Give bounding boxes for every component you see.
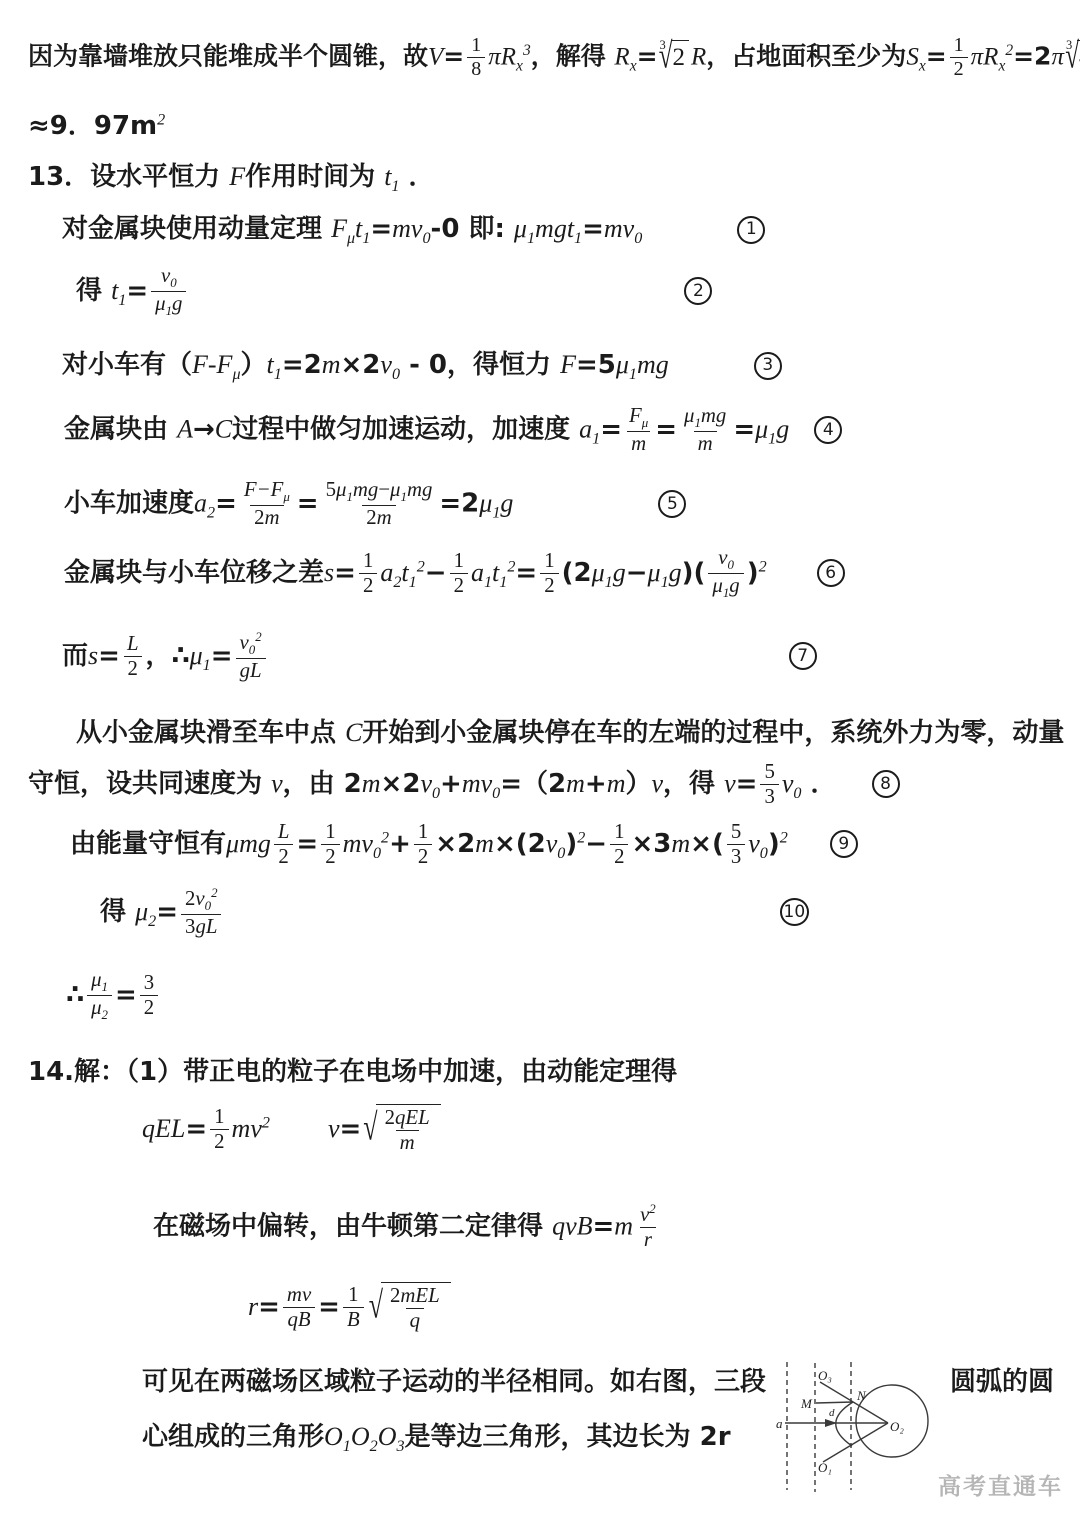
math-variable: μ bbox=[684, 404, 694, 427]
fraction-denominator: 2 bbox=[124, 656, 142, 681]
math-variable: gL bbox=[240, 659, 262, 682]
math-variable: a bbox=[579, 414, 592, 443]
solution-document-page: 因为靠墙堆放只能堆成半个圆锥，故V=18πRx3，解得 Rx=3√2R，占地面积… bbox=[0, 0, 1080, 1527]
equation-line-7: 而s=L2，∴μ1=v02gL7 bbox=[62, 630, 817, 683]
math-variable: μ bbox=[155, 292, 165, 315]
fraction-numerator: L bbox=[123, 632, 143, 656]
equation-number-badge: 7 bbox=[789, 642, 817, 670]
math-variable: t bbox=[267, 350, 274, 379]
math-variable: q bbox=[410, 1309, 420, 1332]
fraction-denominator: 3gL bbox=[181, 914, 221, 939]
radius-conclusion-line: 可见在两磁场区域粒子运动的半径相同。如右图，三段 bbox=[142, 1366, 766, 1400]
math-variable: R bbox=[691, 44, 706, 71]
math-radical: 3√2 bbox=[660, 40, 689, 75]
math-variable: v bbox=[240, 631, 249, 654]
fraction-denominator: m bbox=[627, 431, 650, 456]
math-fraction: 32 bbox=[140, 971, 158, 1020]
math-variable: L bbox=[127, 632, 139, 655]
fraction-denominator: m bbox=[694, 431, 717, 456]
problem14-intro-line: 14.解：（1）带正电的粒子在电场中加速，由动能定理得 bbox=[28, 1056, 677, 1090]
math-subscript: μ bbox=[347, 230, 355, 247]
math-subscript: 1 bbox=[661, 574, 669, 591]
math-variable: gL bbox=[195, 915, 217, 938]
radical-content: 2qELm bbox=[376, 1104, 441, 1155]
math-subscript: 0 bbox=[249, 643, 255, 657]
math-variable: m bbox=[377, 506, 392, 529]
math-fraction: 12 bbox=[359, 549, 377, 598]
math-fraction: v2r bbox=[636, 1202, 660, 1252]
math-variable: v bbox=[380, 350, 392, 379]
math-variable: v bbox=[652, 769, 664, 798]
math-variable: mg bbox=[637, 350, 669, 379]
math-subscript: 1 bbox=[409, 574, 417, 591]
math-superscript: 2 bbox=[157, 111, 165, 128]
figure-label-o3: O₃ bbox=[818, 1368, 832, 1383]
equation-number-badge: 5 bbox=[658, 490, 686, 518]
math-subscript: 0 bbox=[392, 366, 400, 383]
math-superscript: 2 bbox=[780, 829, 788, 846]
math-subscript: 0 bbox=[760, 845, 768, 862]
math-variable: qEL bbox=[142, 1114, 185, 1143]
math-variable: mv bbox=[287, 1283, 311, 1306]
math-subscript: 2 bbox=[370, 1438, 378, 1455]
math-subscript: 1 bbox=[203, 657, 211, 674]
math-variable: π bbox=[1051, 44, 1064, 71]
math-superscript: 2 bbox=[577, 829, 585, 846]
math-variable: B bbox=[347, 1308, 360, 1331]
math-fraction: μ1μ2 bbox=[87, 968, 112, 1023]
math-subscript: 2 bbox=[148, 913, 156, 930]
math-superscript: 2 bbox=[1005, 42, 1013, 59]
fraction-numerator: mv bbox=[283, 1283, 315, 1307]
math-variable: μ bbox=[91, 996, 101, 1019]
math-variable: v bbox=[724, 769, 736, 798]
math-variable: mv bbox=[462, 769, 492, 798]
equation-number-badge: 10 bbox=[780, 898, 810, 926]
math-variable: m bbox=[671, 829, 690, 858]
fraction-denominator: μ1g bbox=[151, 291, 186, 319]
fraction-numerator: 5 bbox=[760, 760, 778, 784]
math-variable: g bbox=[776, 414, 789, 443]
math-variable: A bbox=[177, 414, 193, 443]
math-fraction: v0μ1g bbox=[151, 264, 186, 319]
math-variable: v bbox=[328, 1114, 340, 1143]
math-radical: √2qELm bbox=[363, 1104, 440, 1155]
math-variable: v bbox=[640, 1203, 649, 1226]
fraction-numerator: 1 bbox=[450, 549, 468, 573]
equation-number-badge: 1 bbox=[737, 216, 765, 244]
math-subscript: 0 bbox=[793, 785, 801, 802]
math-variable: mg bbox=[701, 404, 726, 427]
math-fraction: L2 bbox=[274, 820, 294, 869]
math-fraction: 53 bbox=[727, 820, 745, 869]
fraction-numerator: v0 bbox=[714, 546, 738, 573]
math-variable: m bbox=[265, 506, 280, 529]
math-subscript: 3 bbox=[396, 1438, 404, 1455]
math-variable: μ bbox=[755, 414, 768, 443]
magnetic-field-trajectory-figure: O₃ M N d a O₂ O₁ bbox=[775, 1350, 945, 1510]
math-variable: a bbox=[194, 488, 207, 517]
math-subscript: 0 bbox=[557, 845, 565, 862]
math-variable: O bbox=[324, 1422, 343, 1451]
math-superscript: 2 bbox=[262, 1114, 270, 1131]
math-fraction: 12 bbox=[450, 549, 468, 598]
math-subscript: 0 bbox=[432, 785, 440, 802]
fraction-numerator: Fμ bbox=[625, 404, 652, 431]
fraction-denominator: 2 bbox=[140, 995, 158, 1020]
equation-number-badge: 4 bbox=[814, 416, 842, 444]
fraction-denominator: 2 bbox=[610, 844, 628, 869]
figure-label-o2: O₂ bbox=[890, 1419, 904, 1434]
math-variable: V bbox=[428, 44, 443, 71]
fraction-numerator: F−Fμ bbox=[240, 478, 294, 505]
math-fraction: 12 bbox=[210, 1105, 228, 1154]
math-superscript: 2 bbox=[649, 1202, 655, 1216]
equation-number-badge: 6 bbox=[817, 559, 845, 587]
math-variable: qEL bbox=[395, 1106, 430, 1129]
fraction-denominator: 2 bbox=[359, 573, 377, 598]
equation-line-9: 由能量守恒有μmgL2=12mv02+12×2m×(2v0)2−12×3m×(5… bbox=[70, 820, 858, 869]
figure-label-o1: O₁ bbox=[818, 1460, 832, 1475]
math-variable: F bbox=[629, 404, 642, 427]
fraction-numerator: v2 bbox=[636, 1202, 660, 1227]
math-variable: μ bbox=[336, 478, 346, 501]
math-variable: qB bbox=[287, 1308, 310, 1331]
math-fraction: 2qELm bbox=[381, 1106, 434, 1155]
math-superscript: 2 bbox=[381, 829, 389, 846]
fraction-denominator: μ1g bbox=[708, 573, 743, 601]
math-variable: F-F bbox=[192, 350, 232, 379]
math-subscript: μ bbox=[283, 490, 289, 504]
fraction-numerator: 5μ1mg−μ1mg bbox=[322, 478, 437, 505]
math-superscript: 2 bbox=[417, 558, 425, 575]
math-variable: μ bbox=[592, 558, 605, 587]
math-subscript: x bbox=[516, 58, 523, 75]
velocity-formula: v=√2qELm bbox=[328, 1114, 443, 1144]
fraction-denominator: 2 bbox=[210, 1129, 228, 1154]
equation-number-badge: 2 bbox=[684, 277, 712, 305]
math-variable: m bbox=[400, 1131, 415, 1154]
math-fraction: 53 bbox=[760, 760, 778, 809]
equation-line-2: 得 t1=v0μ1g2 bbox=[76, 264, 712, 319]
radical-content: 2mELq bbox=[381, 1282, 451, 1333]
fraction-numerator: L bbox=[274, 820, 294, 844]
mu-ratio-line: ∴μ1μ2=32 bbox=[66, 968, 161, 1023]
math-variable: μ bbox=[390, 478, 400, 501]
math-subscript: x bbox=[998, 58, 1005, 75]
equation-number-badge: 8 bbox=[872, 770, 900, 798]
math-subscript: 2 bbox=[102, 1008, 108, 1022]
math-fraction: 1B bbox=[343, 1283, 364, 1332]
math-variable: m bbox=[607, 769, 626, 798]
fraction-denominator: 3 bbox=[727, 844, 745, 869]
fraction-numerator: 1 bbox=[950, 34, 968, 57]
math-fraction: Fμm bbox=[625, 404, 652, 456]
watermark: 高考直通车 bbox=[938, 1468, 1063, 1501]
math-fraction: v02gL bbox=[236, 630, 266, 683]
math-variable: v bbox=[420, 769, 432, 798]
math-subscript: 0 bbox=[492, 785, 500, 802]
math-subscript: x bbox=[630, 58, 637, 75]
fraction-denominator: 2 bbox=[321, 844, 339, 869]
math-fraction: mvqB bbox=[283, 1283, 315, 1332]
math-variable: πR bbox=[488, 44, 516, 71]
math-variable: μ bbox=[91, 968, 101, 991]
math-variable: m bbox=[322, 350, 341, 379]
math-variable: s bbox=[324, 558, 334, 587]
math-variable: m bbox=[614, 1211, 633, 1240]
math-variable: μ bbox=[479, 488, 492, 517]
fraction-denominator: B bbox=[343, 1307, 364, 1332]
math-variable: m bbox=[362, 769, 381, 798]
math-variable: O bbox=[351, 1422, 370, 1451]
math-fraction: 2v023gL bbox=[181, 886, 222, 939]
problem13-intro-line: 13．设水平恒力 F作用时间为 t1 ． bbox=[28, 160, 435, 198]
fraction-denominator: gL bbox=[236, 658, 266, 683]
radical-content: 2 bbox=[671, 40, 690, 75]
fraction-denominator: m bbox=[396, 1130, 419, 1155]
math-fraction: 2mELq bbox=[386, 1284, 444, 1333]
math-variable: v bbox=[161, 264, 170, 287]
math-variable: v bbox=[748, 829, 760, 858]
math-fraction: 12 bbox=[950, 34, 968, 81]
math-variable: g bbox=[172, 292, 182, 315]
fraction-denominator: 8 bbox=[467, 57, 485, 81]
triangle-conclusion-line: 心组成的三角形O1O2O3是等边三角形，其边长为 2r bbox=[142, 1420, 731, 1458]
math-variable: a bbox=[380, 558, 393, 587]
math-variable: μ bbox=[190, 641, 203, 670]
math-variable: L bbox=[278, 820, 290, 843]
fraction-numerator: 1 bbox=[359, 549, 377, 573]
math-variable: g bbox=[500, 488, 513, 517]
equation-line-3: 对小车有（F-Fμ）t1=2m×2v0 - 0，得恒力 F=5μ1mg3 bbox=[62, 348, 782, 386]
math-subscript: 1 bbox=[629, 366, 637, 383]
equation-line-4: 金属块由 A→C过程中做匀加速运动，加速度 a1=Fμm=μ1mgm=μ1g4 bbox=[64, 404, 842, 456]
math-variable: F bbox=[560, 350, 576, 379]
math-variable: qvB bbox=[552, 1211, 592, 1240]
math-variable: mv bbox=[392, 214, 422, 243]
math-variable: r bbox=[248, 1292, 258, 1321]
math-variable: t bbox=[401, 558, 408, 587]
math-variable: F bbox=[331, 214, 347, 243]
fraction-numerator: μ1mg bbox=[680, 404, 730, 431]
math-subscript: x bbox=[919, 58, 926, 75]
radius-formula-line: r=mvqB=1B√2mELq bbox=[248, 1282, 453, 1333]
math-variable: μ bbox=[514, 214, 527, 243]
math-variable: μ bbox=[616, 350, 629, 379]
cone-area-line: 因为靠墙堆放只能堆成半个圆锥，故V=18πRx3，解得 Rx=3√2R，占地面积… bbox=[28, 34, 1080, 81]
math-superscript: 2 bbox=[211, 886, 217, 900]
fraction-numerator: 2v02 bbox=[181, 886, 222, 914]
math-fraction: F−Fμ2m bbox=[240, 478, 294, 530]
fraction-numerator: 2qEL bbox=[381, 1106, 434, 1130]
math-variable: s bbox=[88, 641, 98, 670]
math-variable: mv bbox=[232, 1114, 262, 1143]
math-subscript: 1 bbox=[102, 980, 108, 994]
math-subscript: 1 bbox=[118, 292, 126, 309]
math-subscript: 0 bbox=[634, 230, 642, 247]
fraction-denominator: μ2 bbox=[87, 995, 112, 1023]
equation-line-5: 小车加速度a2=F−Fμ2m=5μ1mg−μ1mg2m=2μ1g5 bbox=[64, 478, 686, 530]
math-subscript: 1 bbox=[592, 431, 600, 448]
math-variable: F bbox=[229, 162, 245, 191]
fraction-denominator: 3 bbox=[760, 784, 778, 809]
math-superscript: 2 bbox=[507, 558, 515, 575]
math-variable: v bbox=[195, 887, 204, 910]
math-variable: g bbox=[669, 558, 682, 587]
fraction-denominator: 2m bbox=[362, 505, 395, 530]
fraction-numerator: 1 bbox=[610, 820, 628, 844]
math-variable: S bbox=[906, 44, 919, 71]
math-variable: R bbox=[614, 44, 629, 71]
math-variable: πR bbox=[971, 44, 999, 71]
math-subscript: 1 bbox=[484, 574, 492, 591]
figure-label-n: N bbox=[856, 1388, 867, 1403]
math-fraction: 12 bbox=[321, 820, 339, 869]
math-variable: F−F bbox=[244, 478, 283, 501]
equation-number-badge: 9 bbox=[830, 830, 858, 858]
radical-index: 3 bbox=[660, 37, 666, 53]
fraction-numerator: 5 bbox=[727, 820, 745, 844]
fraction-denominator: 2 bbox=[414, 844, 432, 869]
figure-label-d: d bbox=[829, 1407, 835, 1419]
math-variable: g bbox=[613, 558, 626, 587]
fraction-numerator: 1 bbox=[321, 820, 339, 844]
math-variable: m bbox=[698, 432, 713, 455]
math-subscript: 2 bbox=[207, 505, 215, 522]
equation-number-badge: 3 bbox=[754, 352, 782, 380]
fraction-denominator: 2 bbox=[274, 844, 292, 869]
math-variable: O bbox=[378, 1422, 397, 1451]
fraction-denominator: r bbox=[640, 1227, 656, 1252]
math-subscript: 0 bbox=[373, 845, 381, 862]
math-variable: C bbox=[345, 718, 362, 747]
figure-label-m: M bbox=[800, 1396, 813, 1411]
math-superscript: 2 bbox=[255, 630, 261, 644]
fraction-numerator: 2mEL bbox=[386, 1284, 444, 1308]
math-subscript: 0 bbox=[727, 558, 733, 572]
equation-line-6: 金属块与小车位移之差s=12a2t12−12a1t12=12(2μ1g−μ1g)… bbox=[64, 546, 845, 601]
math-fraction: 18 bbox=[467, 34, 485, 81]
momentum-paragraph-line-1: 从小金属块滑至车中点 C开始到小金属块停在车的左端的过程中，系统外力为零，动量 bbox=[76, 716, 1064, 751]
equation-line-8: 守恒，设共同速度为 v，由 2m×2v0+mv0=（2m+m）v，得 v=53v… bbox=[28, 760, 900, 809]
math-fraction: 12 bbox=[414, 820, 432, 869]
fraction-numerator: 1 bbox=[414, 820, 432, 844]
math-subscript: 0 bbox=[422, 230, 430, 247]
math-variable: v bbox=[271, 769, 283, 798]
math-fraction: μ1mgm bbox=[680, 404, 730, 456]
fraction-denominator: q bbox=[406, 1308, 424, 1333]
math-fraction: L2 bbox=[123, 632, 143, 681]
math-radical: √2mELq bbox=[369, 1282, 451, 1333]
fraction-numerator: 1 bbox=[344, 1283, 362, 1307]
math-variable: mg bbox=[353, 478, 378, 501]
fraction-numerator: v02 bbox=[236, 630, 266, 658]
math-variable: m bbox=[475, 829, 494, 858]
math-fraction: 12 bbox=[540, 549, 558, 598]
equation-line-10: 得 μ2=2v023gL10 bbox=[100, 886, 809, 939]
math-subscript: 0 bbox=[170, 276, 176, 290]
math-variable: C bbox=[215, 414, 232, 443]
figure-svg: O₃ M N d a O₂ O₁ bbox=[775, 1350, 945, 1510]
math-superscript: 3 bbox=[523, 42, 531, 59]
math-variable: g bbox=[729, 574, 739, 597]
math-variable: mg bbox=[407, 478, 432, 501]
wrapped-text-fragment: 圆弧的圆 bbox=[950, 1366, 1054, 1400]
math-variable: r bbox=[644, 1228, 652, 1251]
math-subscript: μ bbox=[642, 416, 648, 430]
math-variable: a bbox=[471, 558, 484, 587]
math-variable: mv bbox=[343, 829, 373, 858]
math-variable: mgt bbox=[535, 214, 574, 243]
fraction-denominator: 2 bbox=[450, 573, 468, 598]
math-subscript: μ bbox=[232, 366, 240, 383]
math-subscript: 1 bbox=[527, 230, 535, 247]
math-variable: μ bbox=[712, 574, 722, 597]
fraction-numerator: 1 bbox=[210, 1105, 228, 1129]
math-subscript: 0 bbox=[205, 899, 211, 913]
area-result-line: ≈9．97m2 bbox=[28, 110, 165, 144]
math-subscript: 1 bbox=[362, 230, 370, 247]
fraction-numerator: 3 bbox=[140, 971, 158, 995]
math-variable: μ bbox=[648, 558, 661, 587]
math-variable: v bbox=[546, 829, 558, 858]
math-subscript: 1 bbox=[343, 1438, 351, 1455]
fraction-denominator: qB bbox=[283, 1307, 314, 1332]
math-radical: 3√4 bbox=[1066, 40, 1080, 75]
fraction-numerator: 1 bbox=[467, 34, 485, 57]
fraction-denominator: 2m bbox=[250, 505, 283, 530]
math-subscript: 1 bbox=[274, 366, 282, 383]
math-variable: μ bbox=[135, 897, 148, 926]
math-variable: mEL bbox=[400, 1284, 439, 1307]
fraction-numerator: v0 bbox=[157, 264, 181, 291]
fraction-numerator: 1 bbox=[540, 549, 558, 573]
energy-theorem-formulas: qEL=12mv2v=√2qELm bbox=[142, 1104, 443, 1155]
newton-second-law-line: 在磁场中偏转，由牛顿第二定律得 qvB=mv2r bbox=[153, 1202, 663, 1252]
math-superscript: 2 bbox=[759, 558, 767, 575]
line-o1-to-o2 bbox=[823, 1423, 888, 1462]
radical-sign: √ bbox=[363, 1109, 377, 1147]
work-energy-formula: qEL=12mv2 bbox=[142, 1114, 270, 1144]
math-subscript: 1 bbox=[391, 178, 399, 195]
math-fraction: 12 bbox=[610, 820, 628, 869]
segment-m-to-n bbox=[816, 1402, 853, 1403]
radical-sign: √ bbox=[369, 1287, 383, 1325]
fraction-denominator: 2 bbox=[540, 573, 558, 598]
math-subscript: 1 bbox=[574, 230, 582, 247]
math-variable: μmg bbox=[226, 829, 271, 858]
figure-label-a: a bbox=[776, 1416, 783, 1431]
math-variable: m bbox=[631, 432, 646, 455]
math-fraction: v0μ1g bbox=[708, 546, 743, 601]
math-variable: v bbox=[782, 769, 794, 798]
math-variable: mv bbox=[604, 214, 634, 243]
math-fraction: 5μ1mg−μ1mg2m bbox=[322, 478, 437, 530]
math-subscript: 1 bbox=[605, 574, 613, 591]
math-variable: m bbox=[566, 769, 585, 798]
fraction-denominator: 2 bbox=[950, 57, 968, 81]
equation-line-1: 对金属块使用动量定理 Fμt1=mv0-0 即: μ1mgt1=mv01 bbox=[62, 212, 765, 250]
fraction-numerator: μ1 bbox=[87, 968, 112, 995]
math-subscript: 1 bbox=[499, 574, 507, 591]
radical-index: 3 bbox=[1066, 37, 1072, 53]
